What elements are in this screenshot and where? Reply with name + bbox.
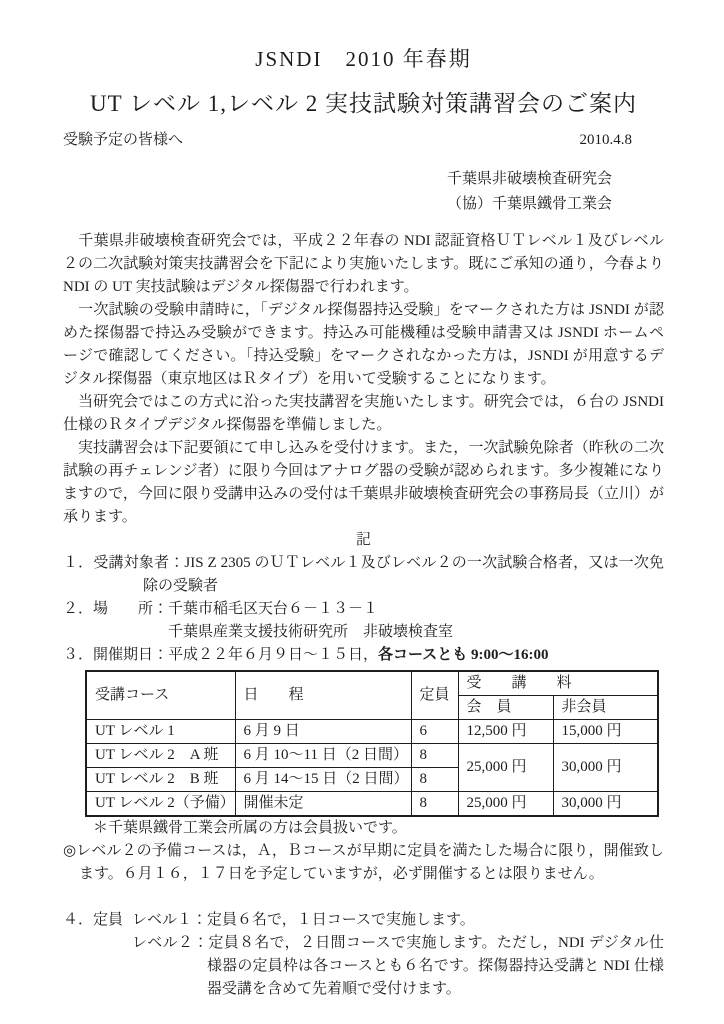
cell-schedule: 6 月 10～11 日（2 日間）: [235, 744, 411, 768]
salutation-row: 受験予定の皆様へ 2010.4.8: [63, 129, 664, 152]
body-paragraph: 当研究会ではこの方式に沿った実技講習を実施いたします。研究会では，６台の JSN…: [63, 391, 664, 437]
cell-capacity: 6: [411, 720, 458, 744]
course-fee-table: 受講コース 日 程 定員 受 講 料 会 員 非会員 UT レベル 1 6 月 …: [85, 670, 659, 817]
document-content: JSNDI 2010 年春期 UT レベル 1,レベル 2 実技試験対策講習会の…: [0, 0, 724, 1001]
header-non-member: 非会員: [553, 696, 658, 720]
cell-nonmember-fee: 30,000 円: [553, 744, 658, 792]
item-label: ２．場 所：: [63, 601, 168, 617]
capacity-level-1: レベル１：定員６名で，１日コースで実施します。: [132, 909, 664, 932]
salutation: 受験予定の皆様へ: [63, 129, 183, 152]
cell-nonmember-fee: 15,000 円: [553, 720, 658, 744]
cell-schedule: 6 月 14～15 日（2 日間）: [235, 768, 411, 792]
capacity-levels: レベル１：定員６名で，１日コースで実施します。 レベル２：定員８名で，２日間コー…: [132, 909, 664, 1001]
body-paragraph: 一次試験の受験申請時に，「デジタル探傷器持込受験」をマークされた方は JSNDI…: [63, 299, 664, 391]
organization-block: 千葉県非破壊検査研究会 （協）千葉県鐵骨工業会: [63, 167, 664, 217]
cell-capacity: 8: [411, 768, 458, 792]
header-course: 受講コース: [86, 671, 235, 720]
item-text: JIS Z 2305 のＵＴレベル１及びレベル２の一次試験合格者，又は一次免除の…: [143, 555, 664, 594]
item-text: 千葉市稲毛区天台６－１３－１: [168, 601, 378, 617]
location-line2: 千葉県産業支援技術研究所 非破壊検査室: [168, 621, 664, 644]
level-text: 定員６名で，１日コースで実施します。: [207, 912, 475, 928]
page-title: JSNDI 2010 年春期: [63, 44, 664, 74]
item-label: １．受講対象者：: [63, 555, 184, 571]
body-paragraph: 実技講習会は下記要領にて申し込みを受付けます。また，一次試験免除者（昨秋の二次試…: [63, 437, 664, 529]
record-marker: 記: [63, 529, 664, 552]
table-header-row: 受講コース 日 程 定員 受 講 料: [86, 671, 658, 696]
level-label: レベル２：: [132, 935, 208, 951]
list-item-location: ２．場 所：千葉市稲毛区天台６－１３－１: [63, 598, 664, 621]
header-capacity: 定員: [411, 671, 458, 720]
body-text: 千葉県非破壊検査研究会では，平成２２年春の NDI 認証資格ＵＴレベル１及びレベ…: [63, 230, 664, 529]
table-row: UT レベル 2（予備） 開催未定 8 25,000 円 30,000 円: [86, 792, 658, 817]
cell-capacity: 8: [411, 792, 458, 817]
organization-name: （協）千葉県鐵骨工業会: [63, 192, 612, 217]
header-schedule: 日 程: [235, 671, 411, 720]
item-label: ４．定員: [63, 909, 132, 1001]
note-member-treatment: ＊千葉県鐵骨工業会所属の方は会員扱いです。: [93, 817, 664, 840]
cell-course: UT レベル 2 A 班: [86, 744, 235, 768]
list-item-recipients: １．受講対象者：JIS Z 2305 のＵＴレベル１及びレベル２の一次試験合格者…: [63, 552, 664, 598]
cell-member-fee: 12,500 円: [458, 720, 553, 744]
list-item-capacity: ４．定員 レベル１：定員６名で，１日コースで実施します。 レベル２：定員８名で，…: [63, 909, 664, 1001]
header-fee: 受 講 料: [458, 671, 658, 696]
cell-capacity: 8: [411, 744, 458, 768]
table-row: UT レベル 2 A 班 6 月 10～11 日（2 日間） 8 25,000 …: [86, 744, 658, 768]
document-page: JSNDI 2010 年春期 UT レベル 1,レベル 2 実技試験対策講習会の…: [0, 0, 724, 1024]
header-member: 会 員: [458, 696, 553, 720]
schedule-hours-bold: 各コースとも 9:00～16:00: [378, 647, 549, 663]
note-reserve-course: ◎レベル２の予備コースは，Ａ，Ｂコースが早期に定員を満たした場合に限り，開催致し…: [63, 840, 664, 886]
page-subtitle: UT レベル 1,レベル 2 実技試験対策講習会のご案内: [63, 88, 664, 120]
table-row: UT レベル 1 6 月 9 日 6 12,500 円 15,000 円: [86, 720, 658, 744]
list-item-schedule: ３．開催期日：平成２２年６月９日～１５日，各コースとも 9:00～16:00: [63, 644, 664, 667]
item-label: ３．開催期日：: [63, 647, 168, 663]
cell-course: UT レベル 2 B 班: [86, 768, 235, 792]
cell-member-fee: 25,000 円: [458, 792, 553, 817]
level-label: レベル１：: [132, 912, 207, 928]
body-paragraph: 千葉県非破壊検査研究会では，平成２２年春の NDI 認証資格ＵＴレベル１及びレベ…: [63, 230, 664, 299]
capacity-level-2: レベル２：定員８名で，２日間コースで実施します。ただし，NDI デジタル仕様器の…: [132, 932, 664, 1001]
level-text: 定員８名で，２日間コースで実施します。ただし，NDI デジタル仕様器の定員枠は各…: [207, 935, 664, 997]
cell-nonmember-fee: 30,000 円: [553, 792, 658, 817]
cell-member-fee: 25,000 円: [458, 744, 553, 792]
document-date: 2010.4.8: [580, 129, 665, 152]
item-text: 平成２２年６月９日～１５日，: [168, 647, 378, 663]
cell-course: UT レベル 1: [86, 720, 235, 744]
cell-schedule: 開催未定: [235, 792, 411, 817]
organization-name: 千葉県非破壊検査研究会: [63, 167, 612, 192]
cell-schedule: 6 月 9 日: [235, 720, 411, 744]
cell-course: UT レベル 2（予備）: [86, 792, 235, 817]
